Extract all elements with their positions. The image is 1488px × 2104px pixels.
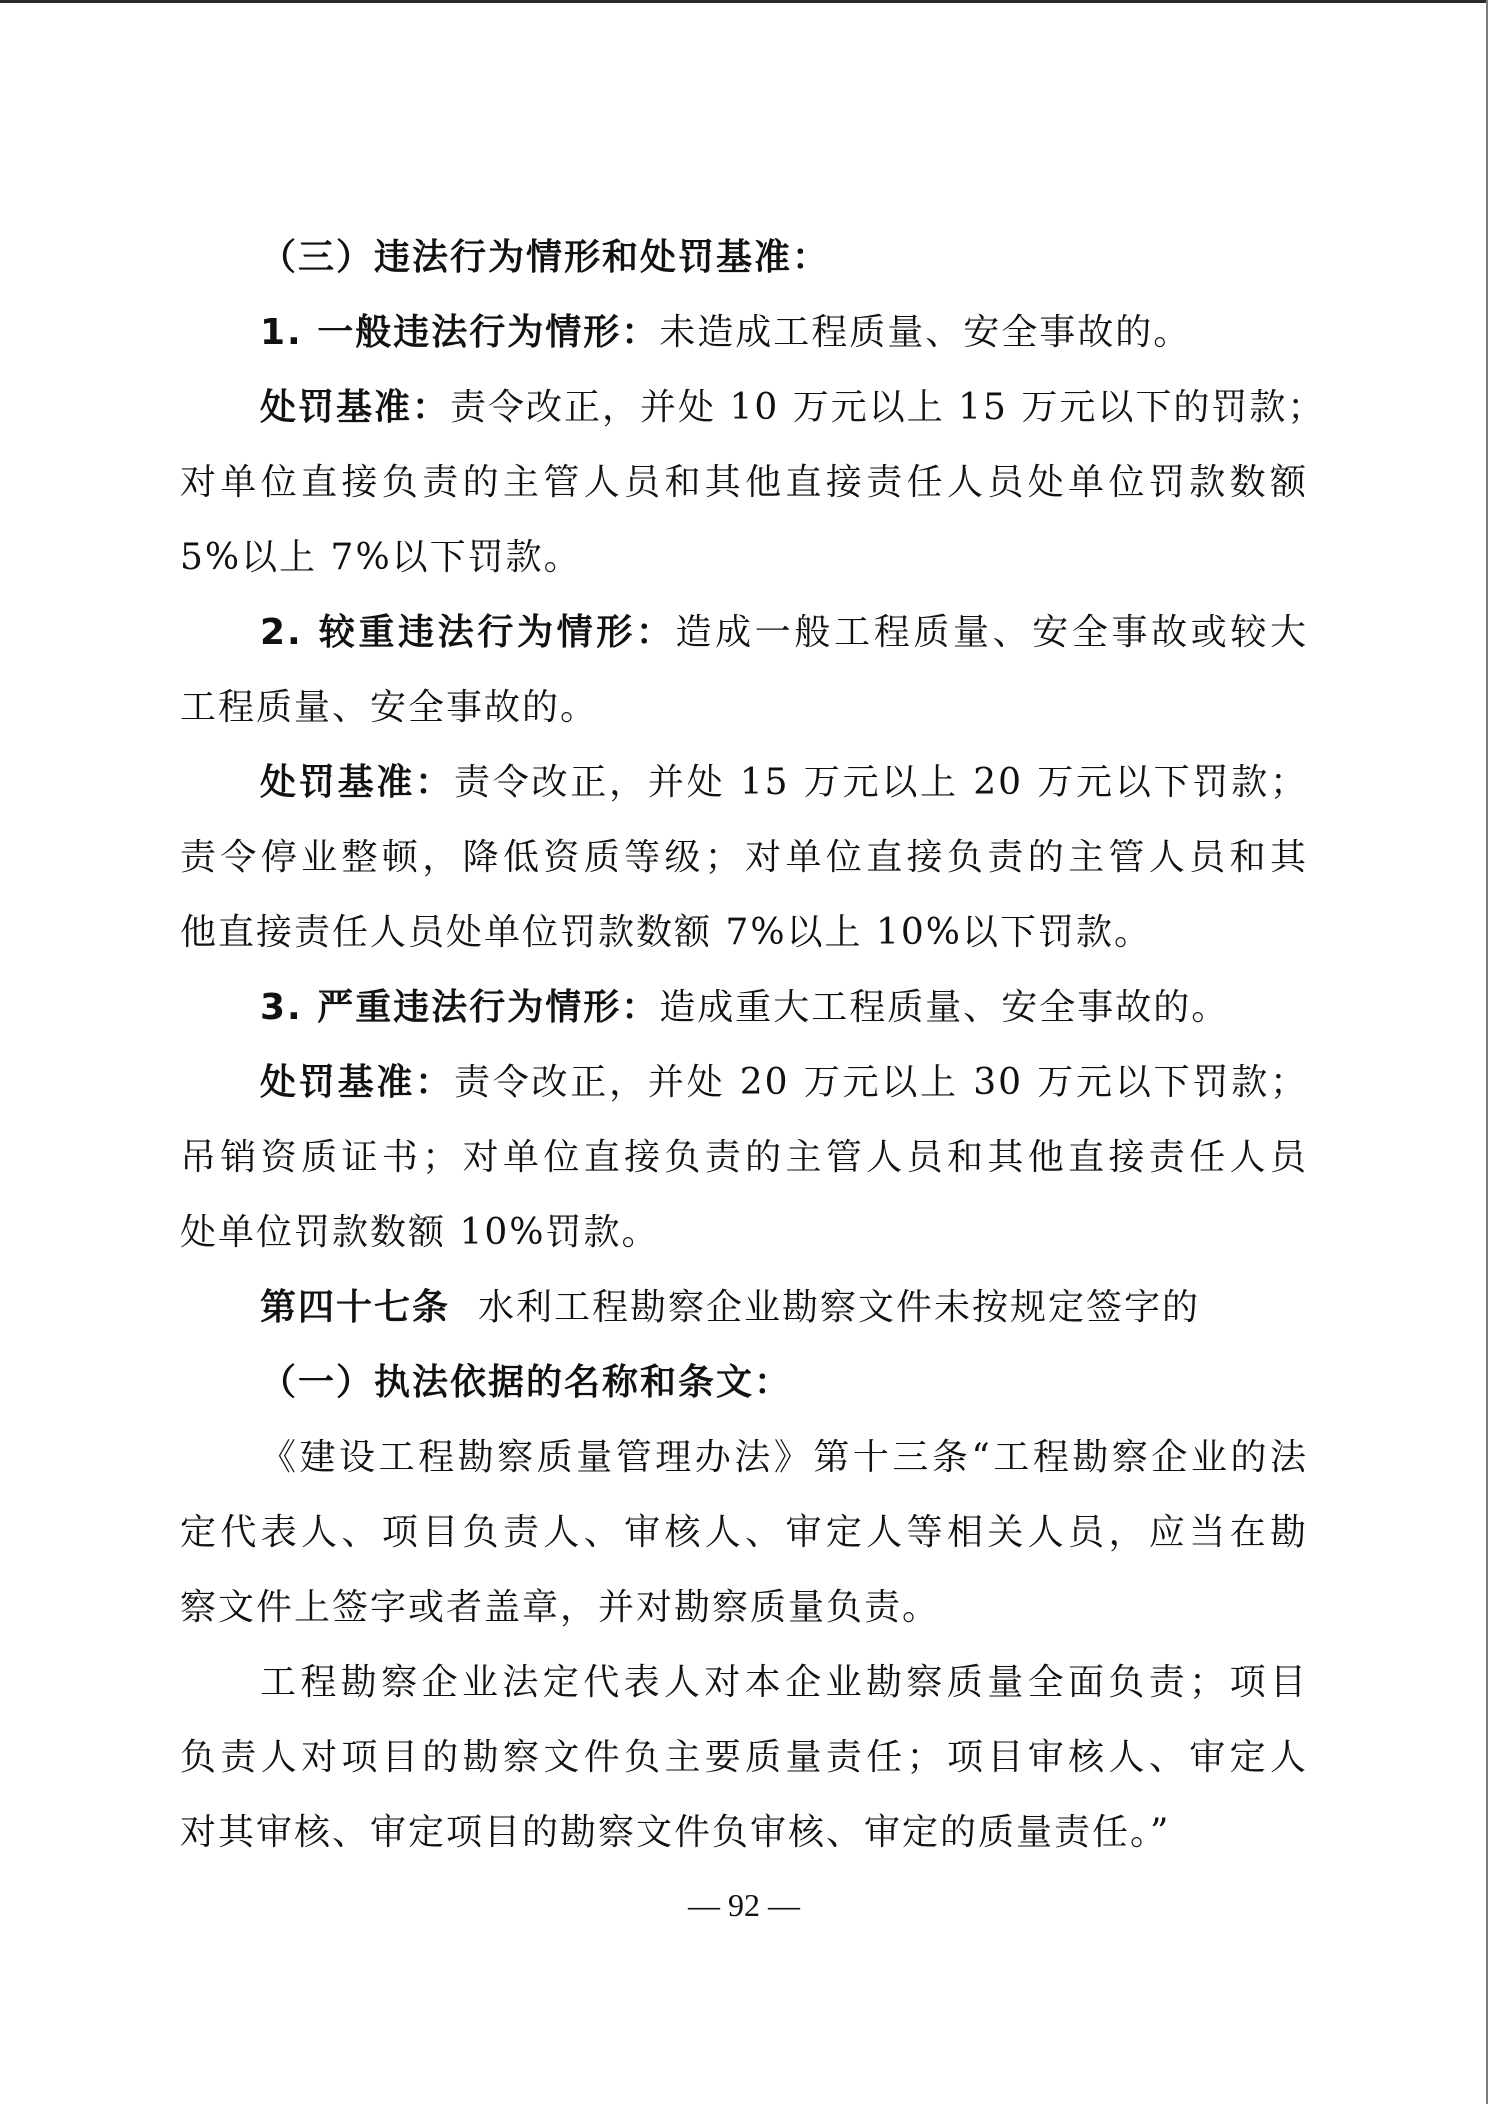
legal-basis-line-4: 工程勘察企业法定代表人对本企业勘察质量全面负责；项目 bbox=[180, 1645, 1308, 1720]
article-47-label: 第四十七条 bbox=[260, 1287, 450, 1328]
section-heading-violation-and-penalty: （三）违法行为情形和处罚基准： bbox=[180, 220, 1308, 295]
legal-basis-line-5: 负责人对项目的勘察文件负主要质量责任；项目审核人、审定人 bbox=[180, 1720, 1308, 1795]
legal-basis-line-6: 对其审核、审定项目的勘察文件负审核、审定的质量责任。” bbox=[180, 1795, 1308, 1870]
section-heading-legal-basis: （一）执法依据的名称和条文： bbox=[180, 1345, 1308, 1420]
item-1-text: 未造成工程质量、安全事故的。 bbox=[659, 312, 1191, 353]
item-2-penalty-line-3: 他直接责任人员处单位罚款数额 7%以上 10%以下罚款。 bbox=[180, 895, 1308, 970]
item-2-text-line-2: 工程质量、安全事故的。 bbox=[180, 670, 1308, 745]
legal-basis-line-1: 《建设工程勘察质量管理办法》第十三条“工程勘察企业的法 bbox=[180, 1420, 1308, 1495]
document-page-body: （三）违法行为情形和处罚基准： 1. 一般违法行为情形：未造成工程质量、安全事故… bbox=[180, 220, 1308, 1870]
item-3-penalty-line-3: 处单位罚款数额 10%罚款。 bbox=[180, 1195, 1308, 1270]
item-2-serious-violation: 2. 较重违法行为情形：造成一般工程质量、安全事故或较大 bbox=[180, 595, 1308, 670]
item-1-label: 1. 一般违法行为情形： bbox=[260, 312, 659, 353]
item-1-general-violation: 1. 一般违法行为情形：未造成工程质量、安全事故的。 bbox=[180, 295, 1308, 370]
item-3-label: 3. 严重违法行为情形： bbox=[260, 987, 659, 1028]
item-2-penalty-text: 责令改正，并处 15 万元以上 20 万元以下罚款； bbox=[454, 762, 1308, 803]
item-1-penalty-text: 责令改正，并处 10 万元以上 15 万元以下的罚款； bbox=[450, 387, 1325, 428]
item-2-penalty-label: 处罚基准： bbox=[260, 762, 454, 803]
page-top-border bbox=[0, 0, 1488, 3]
item-3-penalty-line-1: 处罚基准：责令改正，并处 20 万元以上 30 万元以下罚款； bbox=[180, 1045, 1308, 1120]
item-3-penalty-text: 责令改正，并处 20 万元以上 30 万元以下罚款； bbox=[454, 1062, 1308, 1103]
article-47-title: 水利工程勘察企业勘察文件未按规定签字的 bbox=[478, 1287, 1200, 1328]
item-2-penalty-line-2: 责令停业整顿，降低资质等级；对单位直接负责的主管人员和其 bbox=[180, 820, 1308, 895]
item-3-text: 造成重大工程质量、安全事故的。 bbox=[659, 987, 1229, 1028]
item-1-penalty-line-3: 5%以上 7%以下罚款。 bbox=[180, 520, 1308, 595]
item-2-text: 造成一般工程质量、安全事故或较大 bbox=[676, 612, 1308, 653]
legal-basis-line-2: 定代表人、项目负责人、审核人、审定人等相关人员，应当在勘 bbox=[180, 1495, 1308, 1570]
item-1-penalty-line-1: 处罚基准：责令改正，并处 10 万元以上 15 万元以下的罚款； bbox=[180, 370, 1308, 445]
item-2-penalty-line-1: 处罚基准：责令改正，并处 15 万元以上 20 万元以下罚款； bbox=[180, 745, 1308, 820]
legal-basis-line-3: 察文件上签字或者盖章，并对勘察质量负责。 bbox=[180, 1570, 1308, 1645]
item-3-penalty-label: 处罚基准： bbox=[260, 1062, 454, 1103]
page-number: — 92 — bbox=[0, 1880, 1488, 1930]
item-1-penalty-line-2: 对单位直接负责的主管人员和其他直接责任人员处单位罚款数额 bbox=[180, 445, 1308, 520]
item-3-severe-violation: 3. 严重违法行为情形：造成重大工程质量、安全事故的。 bbox=[180, 970, 1308, 1045]
item-2-label: 2. 较重违法行为情形： bbox=[260, 612, 676, 653]
item-1-penalty-label: 处罚基准： bbox=[260, 387, 450, 428]
item-3-penalty-line-2: 吊销资质证书；对单位直接负责的主管人员和其他直接责任人员 bbox=[180, 1120, 1308, 1195]
article-47-heading: 第四十七条水利工程勘察企业勘察文件未按规定签字的 bbox=[180, 1270, 1308, 1345]
